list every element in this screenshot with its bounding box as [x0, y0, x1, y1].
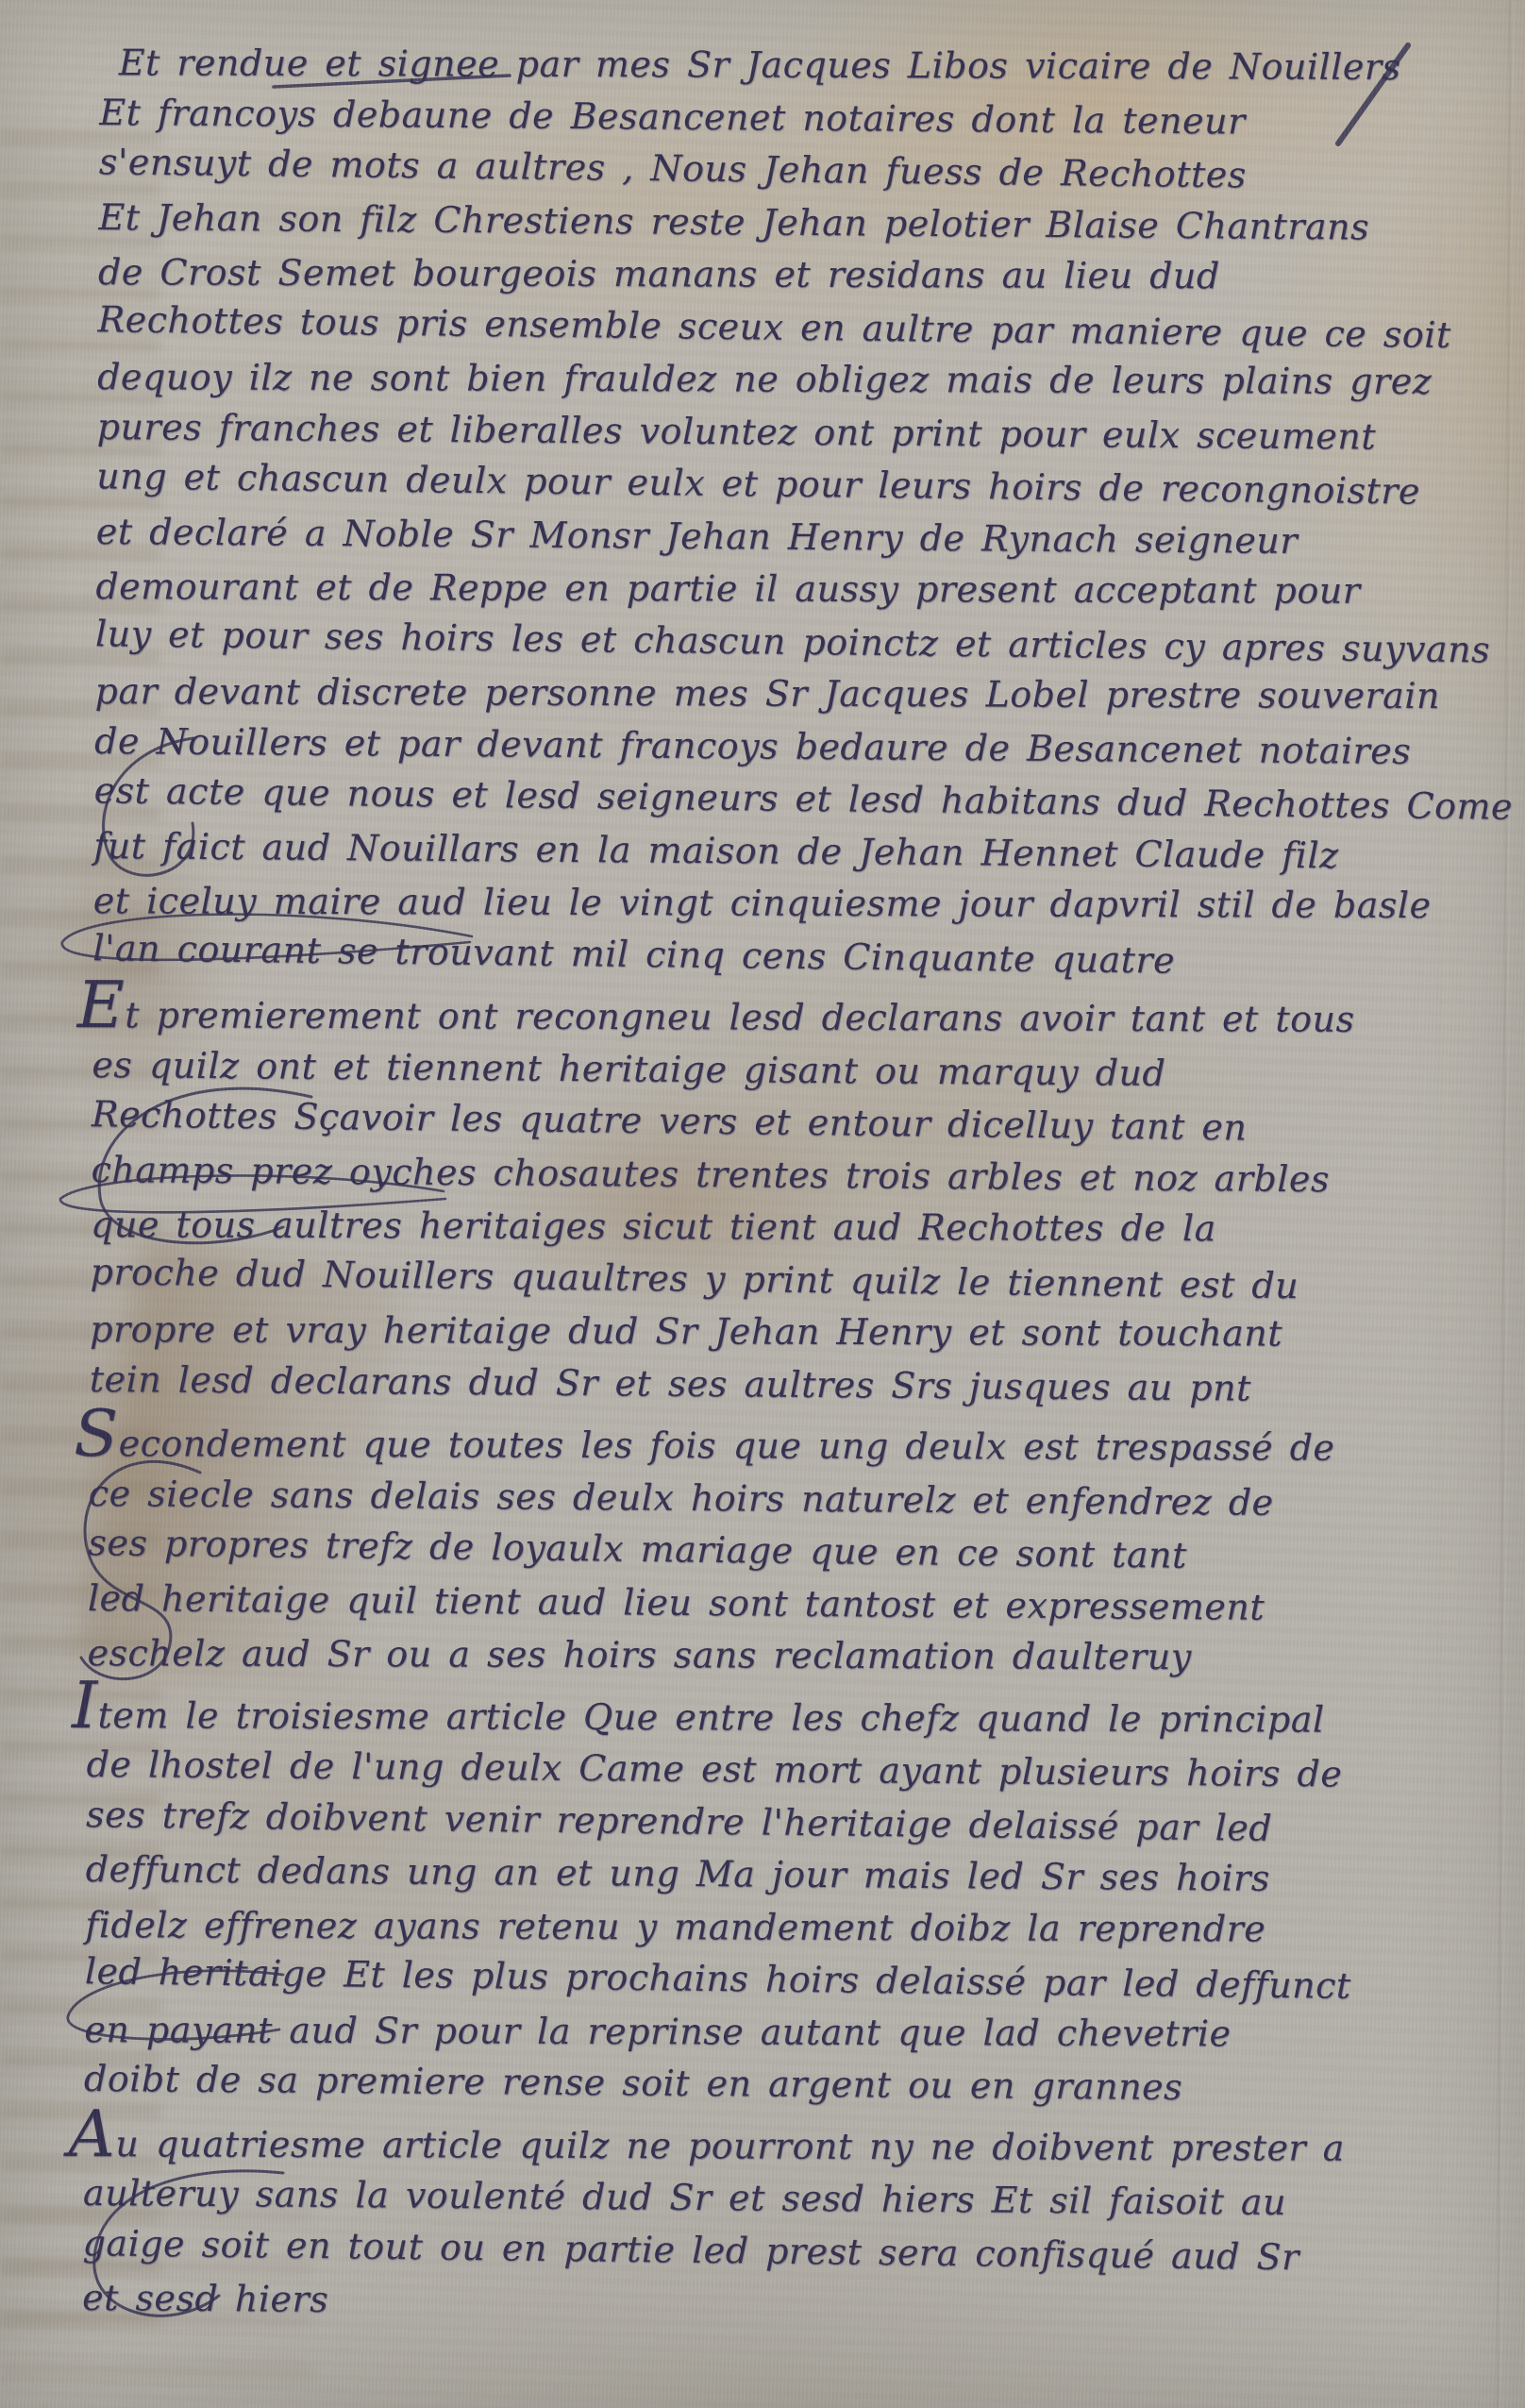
paragraph-4: Item le troisiesme article Que entre les…: [84, 1686, 1455, 2115]
paragraph-5: Au quatriesme article quilz ne pourront …: [82, 2114, 1452, 2334]
paragraph-3: Secondement que toutes les fois que ung …: [87, 1415, 1457, 1688]
manuscript-line: led heritaige Et les plus prochains hoir…: [85, 1945, 1454, 2013]
manuscript-line: Et premierement ont recongneu lesd decla…: [77, 989, 1461, 1047]
page-crease: [1496, 0, 1514, 2408]
manuscript-line: tein lesd declarans dud Sr et ses aultre…: [90, 1353, 1458, 1416]
manuscript-line: l'an courant se trouvant mil cinq cens C…: [92, 922, 1462, 990]
manuscript-line: que tous aultres heritaiges sicut tient …: [91, 1199, 1459, 1256]
manuscript-line: dequoy ilz ne sont bien frauldez ne obli…: [97, 351, 1466, 409]
paragraph-1: Et rendue et signee par mes Sr Jacques L…: [92, 34, 1468, 987]
manuscript-line: en payant aud Sr pour la reprinse autant…: [84, 2004, 1452, 2062]
manuscript-page: Et rendue et signee par mes Sr Jacques L…: [0, 0, 1525, 2408]
manuscript-line: doibt de sa premiere rense soit en argen…: [84, 2053, 1452, 2116]
manuscript-line: et iceluy maire aud lieu le vingt cinqui…: [93, 875, 1462, 933]
manuscript-line: Et rendue et signee par mes Sr Jacques L…: [119, 37, 1468, 93]
manuscript-line: Item le troisiesme article Que entre les…: [72, 1690, 1455, 1747]
manuscript-line: par devant discrete personne mes Sr Jacq…: [94, 665, 1463, 723]
manuscript-line: de Crost Semet bourgeois manans et resid…: [98, 246, 1466, 304]
manuscript-line: propre et vray heritaige dud Sr Jehan He…: [90, 1304, 1458, 1361]
manuscript-line: Au quatriesme article quilz ne pourront …: [68, 2118, 1451, 2176]
manuscript-line: demourant et de Reppe en partie il aussy…: [95, 561, 1464, 618]
manuscript-line: Secondement que toutes les fois que ung …: [74, 1418, 1457, 1475]
manuscript-line: eschelz aud Sr ou a ses hoirs sans recla…: [87, 1627, 1455, 1685]
paragraph-2: Et premierement ont recongneu lesd decla…: [90, 986, 1461, 1416]
manuscript-text: Et rendue et signee par mes Sr Jacques L…: [82, 34, 1468, 2335]
